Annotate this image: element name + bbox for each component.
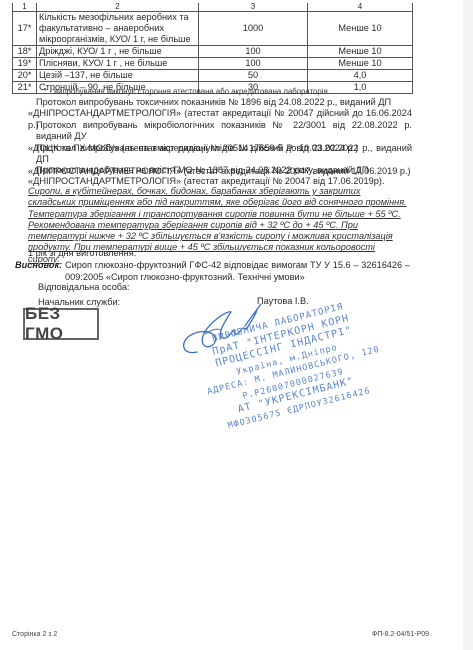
row-number: 17* <box>13 12 37 46</box>
protocol-gmo: Протокол випробувань на вміст ГМО № 1887… <box>28 165 412 188</box>
norm-value: 1000 <box>199 12 308 46</box>
page-number: Сторінка 2 з 2 <box>12 631 57 638</box>
table-row: 17* Кількість мезофільних аеробних та фа… <box>13 12 413 46</box>
result-value: 4,0 <box>308 70 413 82</box>
table-footnote: * - випробування виконує стороння атесто… <box>44 87 330 96</box>
row-number: 19* <box>13 58 37 70</box>
header-cell: 2 <box>37 3 199 12</box>
indicator-name: Кількість мезофільних аеробних та факуль… <box>37 12 199 46</box>
header-cell: 3 <box>199 3 308 12</box>
result-value: Менше 10 <box>308 58 413 70</box>
conclusion-text: Сироп глюкозно-фруктозний ГФС-42 відпові… <box>65 260 410 283</box>
results-table: 1 2 3 4 17* Кількість мезофільних аеробн… <box>12 3 413 94</box>
protocol-line: Протокол випробувань на вміст ГМО № 1887… <box>28 165 412 176</box>
conclusion-label: Висновок: <box>15 260 62 270</box>
responsible-person-label: Відповідальна особа: <box>38 282 130 292</box>
indicator-name: Плісняви, КУО/ 1 г , не більше <box>37 58 199 70</box>
table-row: 18* Дріжджі, КУО/ 1 г , не більше 100 Ме… <box>13 46 413 58</box>
norm-value: 50 <box>199 70 308 82</box>
result-value: Менше 10 <box>308 46 413 58</box>
table-row: 20* Цезій –137, не більше 50 4,0 <box>13 70 413 82</box>
protocol-line: Протокол випробувань на вміст радіонуклі… <box>28 143 412 166</box>
header-cell: 4 <box>308 3 413 12</box>
table-header-row: 1 2 3 4 <box>13 3 413 12</box>
norm-value: 100 <box>199 46 308 58</box>
document-page: 1 2 3 4 17* Кількість мезофільних аеробн… <box>0 0 473 650</box>
row-number: 21* <box>13 82 37 94</box>
scan-edge <box>463 0 473 650</box>
document-code: ФП-8.2-04/51-Р09 <box>372 631 429 638</box>
indicator-name: Дріжджі, КУО/ 1 г , не більше <box>37 46 199 58</box>
shelf-life: 1 рік зі дня виготовлення. <box>28 248 136 258</box>
header-cell: 1 <box>13 3 37 12</box>
table-row: 19* Плісняви, КУО/ 1 г , не більше 100 М… <box>13 58 413 70</box>
protocol-line: Протокол випробувань мікробіологічних по… <box>28 120 412 143</box>
result-value: Менше 10 <box>308 12 413 46</box>
row-number: 18* <box>13 46 37 58</box>
norm-value: 100 <box>199 58 308 70</box>
protocol-line: Протокол випробувань токсичних показникі… <box>28 97 412 108</box>
row-number: 20* <box>13 70 37 82</box>
indicator-name: Цезій –137, не більше <box>37 70 199 82</box>
no-gmo-stamp: БЕЗ ГМО <box>23 308 99 340</box>
